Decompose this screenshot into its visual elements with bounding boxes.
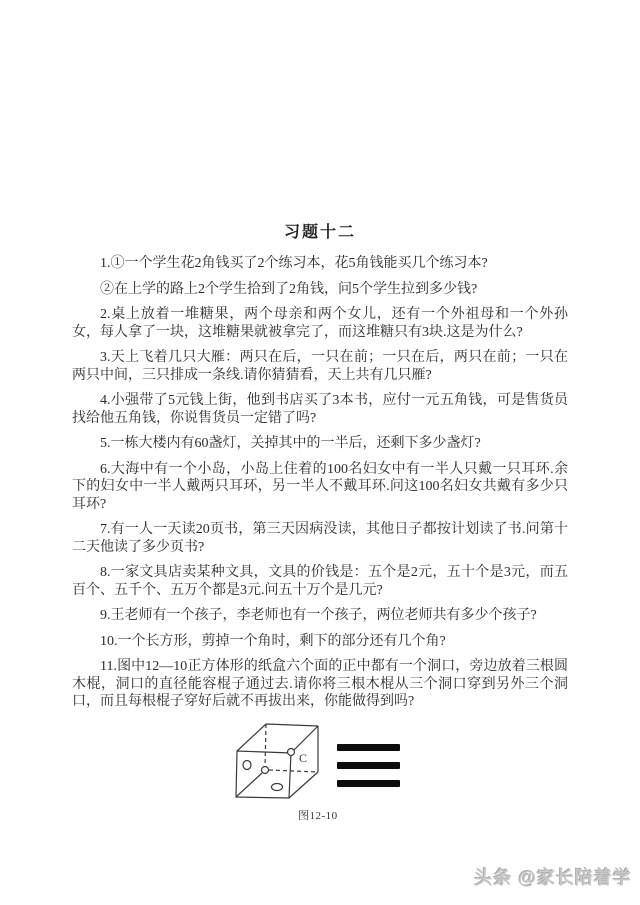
- problem-6: 6.大海中有一个小岛，小岛上住着的100名妇女中有一半人只戴一只耳环.余下的妇女…: [72, 461, 568, 514]
- wooden-rod-bar: [337, 780, 400, 787]
- problem-1-part2: ②在上学的路上2个学生拾到了2角钱，问5个学生拉到多少钱?: [72, 281, 568, 299]
- cube-edge: [291, 726, 318, 753]
- cube-box-drawing: C: [228, 721, 328, 805]
- hole-bottom-face: [272, 783, 283, 790]
- cube-edge: [266, 724, 318, 726]
- hole-top-corner: [288, 748, 295, 755]
- problem-8: 8.一家文具店卖某种文具，文具的价钱是：五个是2元，五十个是3元，而五百个、五千…: [72, 564, 568, 599]
- problem-2: 2.桌上放着一堆糖果，两个母亲和两个女儿，还有一个外祖母和一个外孙女，每人拿了一…: [72, 306, 568, 341]
- problem-7: 7.有一人一天读20页书，第三天因病没读，其他日子都按计划读了书.问第十二天他读…: [72, 521, 568, 556]
- cube-edge: [289, 772, 318, 798]
- worksheet-content: 习题十二 1.①一个学生花2角钱买了2个练习本，花5角钱能买几个练习本? ②在上…: [72, 219, 568, 827]
- problem-1-part1: 1.①一个学生花2角钱买了2个练习本，花5角钱能买几个练习本?: [72, 255, 568, 273]
- cube-hidden-edge: [236, 773, 262, 797]
- wooden-rod-bar: [337, 762, 400, 769]
- wooden-rod-bar: [337, 744, 400, 751]
- watermark: 头条 @家长陪着学: [474, 864, 632, 890]
- figure-caption: 图12-10: [298, 807, 338, 823]
- problem-5: 5.一栋大楼内有60盏灯，关掉其中的一半后，还剩下多少盏灯?: [72, 435, 568, 453]
- problem-10: 10.一个长方形，剪掉一个角时，剩下的部分还有几个角?: [72, 633, 568, 651]
- cube-hidden-edge: [269, 770, 318, 772]
- cube-hidden-edge: [265, 724, 266, 767]
- hole-back-vertex: [262, 766, 269, 773]
- wooden-rods: [337, 744, 400, 798]
- page-title: 习题十二: [72, 219, 568, 242]
- cube-edge: [237, 724, 266, 751]
- corner-label-c: C: [299, 751, 307, 765]
- problem-9: 9.王老师有一个孩子，李老师也有一个孩子，两位老师共有多少个孩子?: [72, 607, 568, 625]
- worksheet-page: 习题十二 1.①一个学生花2角钱买了2个练习本，花5角钱能买几个练习本? ②在上…: [0, 0, 640, 905]
- hole-left-face: [243, 760, 251, 769]
- problem-3: 3.天上飞着几只大雁：两只在后，一只在前；一只在后，两只在前；一只在两只中间，三…: [72, 349, 568, 384]
- cube-front-face: [236, 751, 291, 798]
- figure-12-10: C 图12-10: [72, 719, 568, 827]
- problem-11: 11.图中12—10正方体形的纸盒六个面的正中都有一个洞口，旁边放着三根圆木棍，…: [72, 658, 568, 711]
- problem-4: 4.小强带了5元钱上街，他到书店买了3本书，应付一元五角钱，可是售货员找给他五角…: [72, 392, 568, 427]
